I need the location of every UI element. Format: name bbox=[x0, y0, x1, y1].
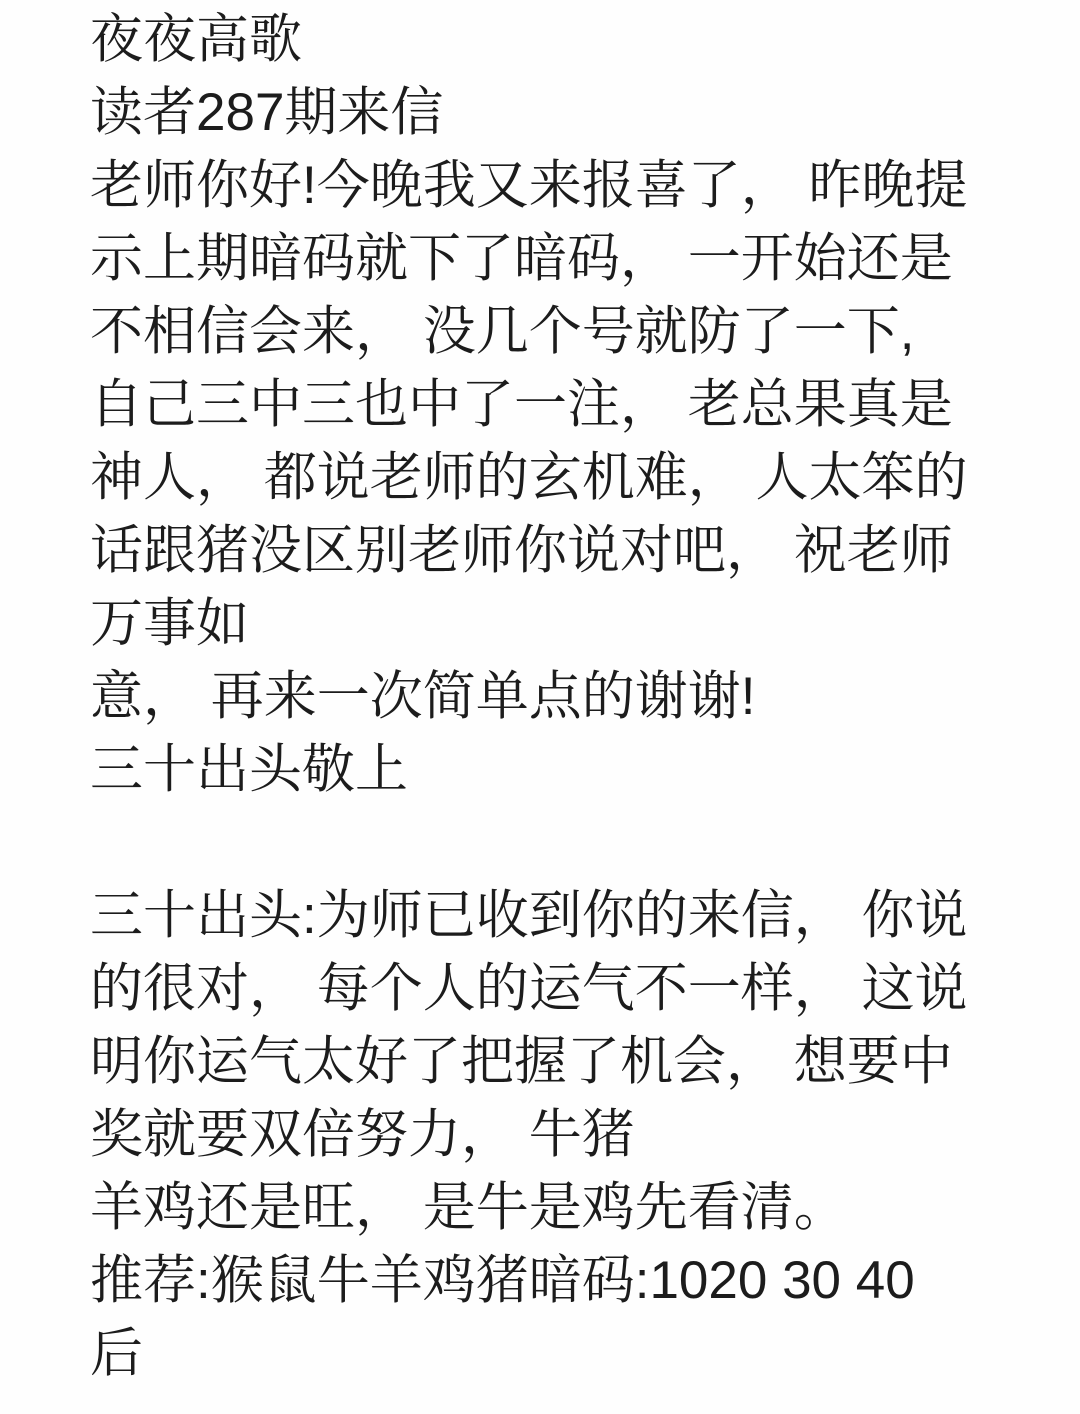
reader-letter-line: 示上期暗码就下了暗码， 一开始还是 bbox=[90, 222, 1060, 295]
master-reply-line: 羊鸡还是旺， 是牛是鸡先看清。 bbox=[90, 1171, 1060, 1244]
master-reply-line: 明你运气太好了把握了机会， 想要中 bbox=[90, 1025, 1060, 1098]
reader-letter-line: 万事如 bbox=[90, 587, 1060, 660]
master-reply-line: 奖就要双倍努力， 牛猪 bbox=[90, 1098, 1060, 1171]
master-reply-line: 三十出头:为师已收到你的来信， 你说 bbox=[90, 879, 1060, 952]
reader-letter-line: 意， 再来一次简单点的谢谢! bbox=[90, 660, 1060, 733]
page-title-line: 夜夜高歌 bbox=[90, 3, 1060, 76]
reader-signature-line: 三十出头敬上 bbox=[90, 733, 1060, 806]
reader-letter-line: 话跟猪没区别老师你说对吧， 祝老师 bbox=[90, 514, 1060, 587]
reader-letter-line: 神人， 都说老师的玄机难， 人太笨的 bbox=[90, 441, 1060, 514]
issue-heading-line: 读者287期来信 bbox=[90, 76, 1060, 149]
reader-letter-line: 老师你好!今晚我又来报喜了， 昨晚提 bbox=[90, 149, 1060, 222]
letter-page: 夜夜高歌 读者287期来信 老师你好!今晚我又来报喜了， 昨晚提 示上期暗码就下… bbox=[0, 0, 1080, 1414]
recommendation-line: 推荐:猴鼠牛羊鸡猪暗码:1020 30 40 bbox=[90, 1244, 1060, 1317]
recommendation-continuation-line: 后 bbox=[90, 1317, 1060, 1390]
blank-line bbox=[90, 806, 1060, 879]
master-reply-line: 的很对， 每个人的运气不一样， 这说 bbox=[90, 952, 1060, 1025]
reader-letter-line: 不相信会来， 没几个号就防了一下, bbox=[90, 295, 1060, 368]
reader-letter-line: 自己三中三也中了一注， 老总果真是 bbox=[90, 368, 1060, 441]
